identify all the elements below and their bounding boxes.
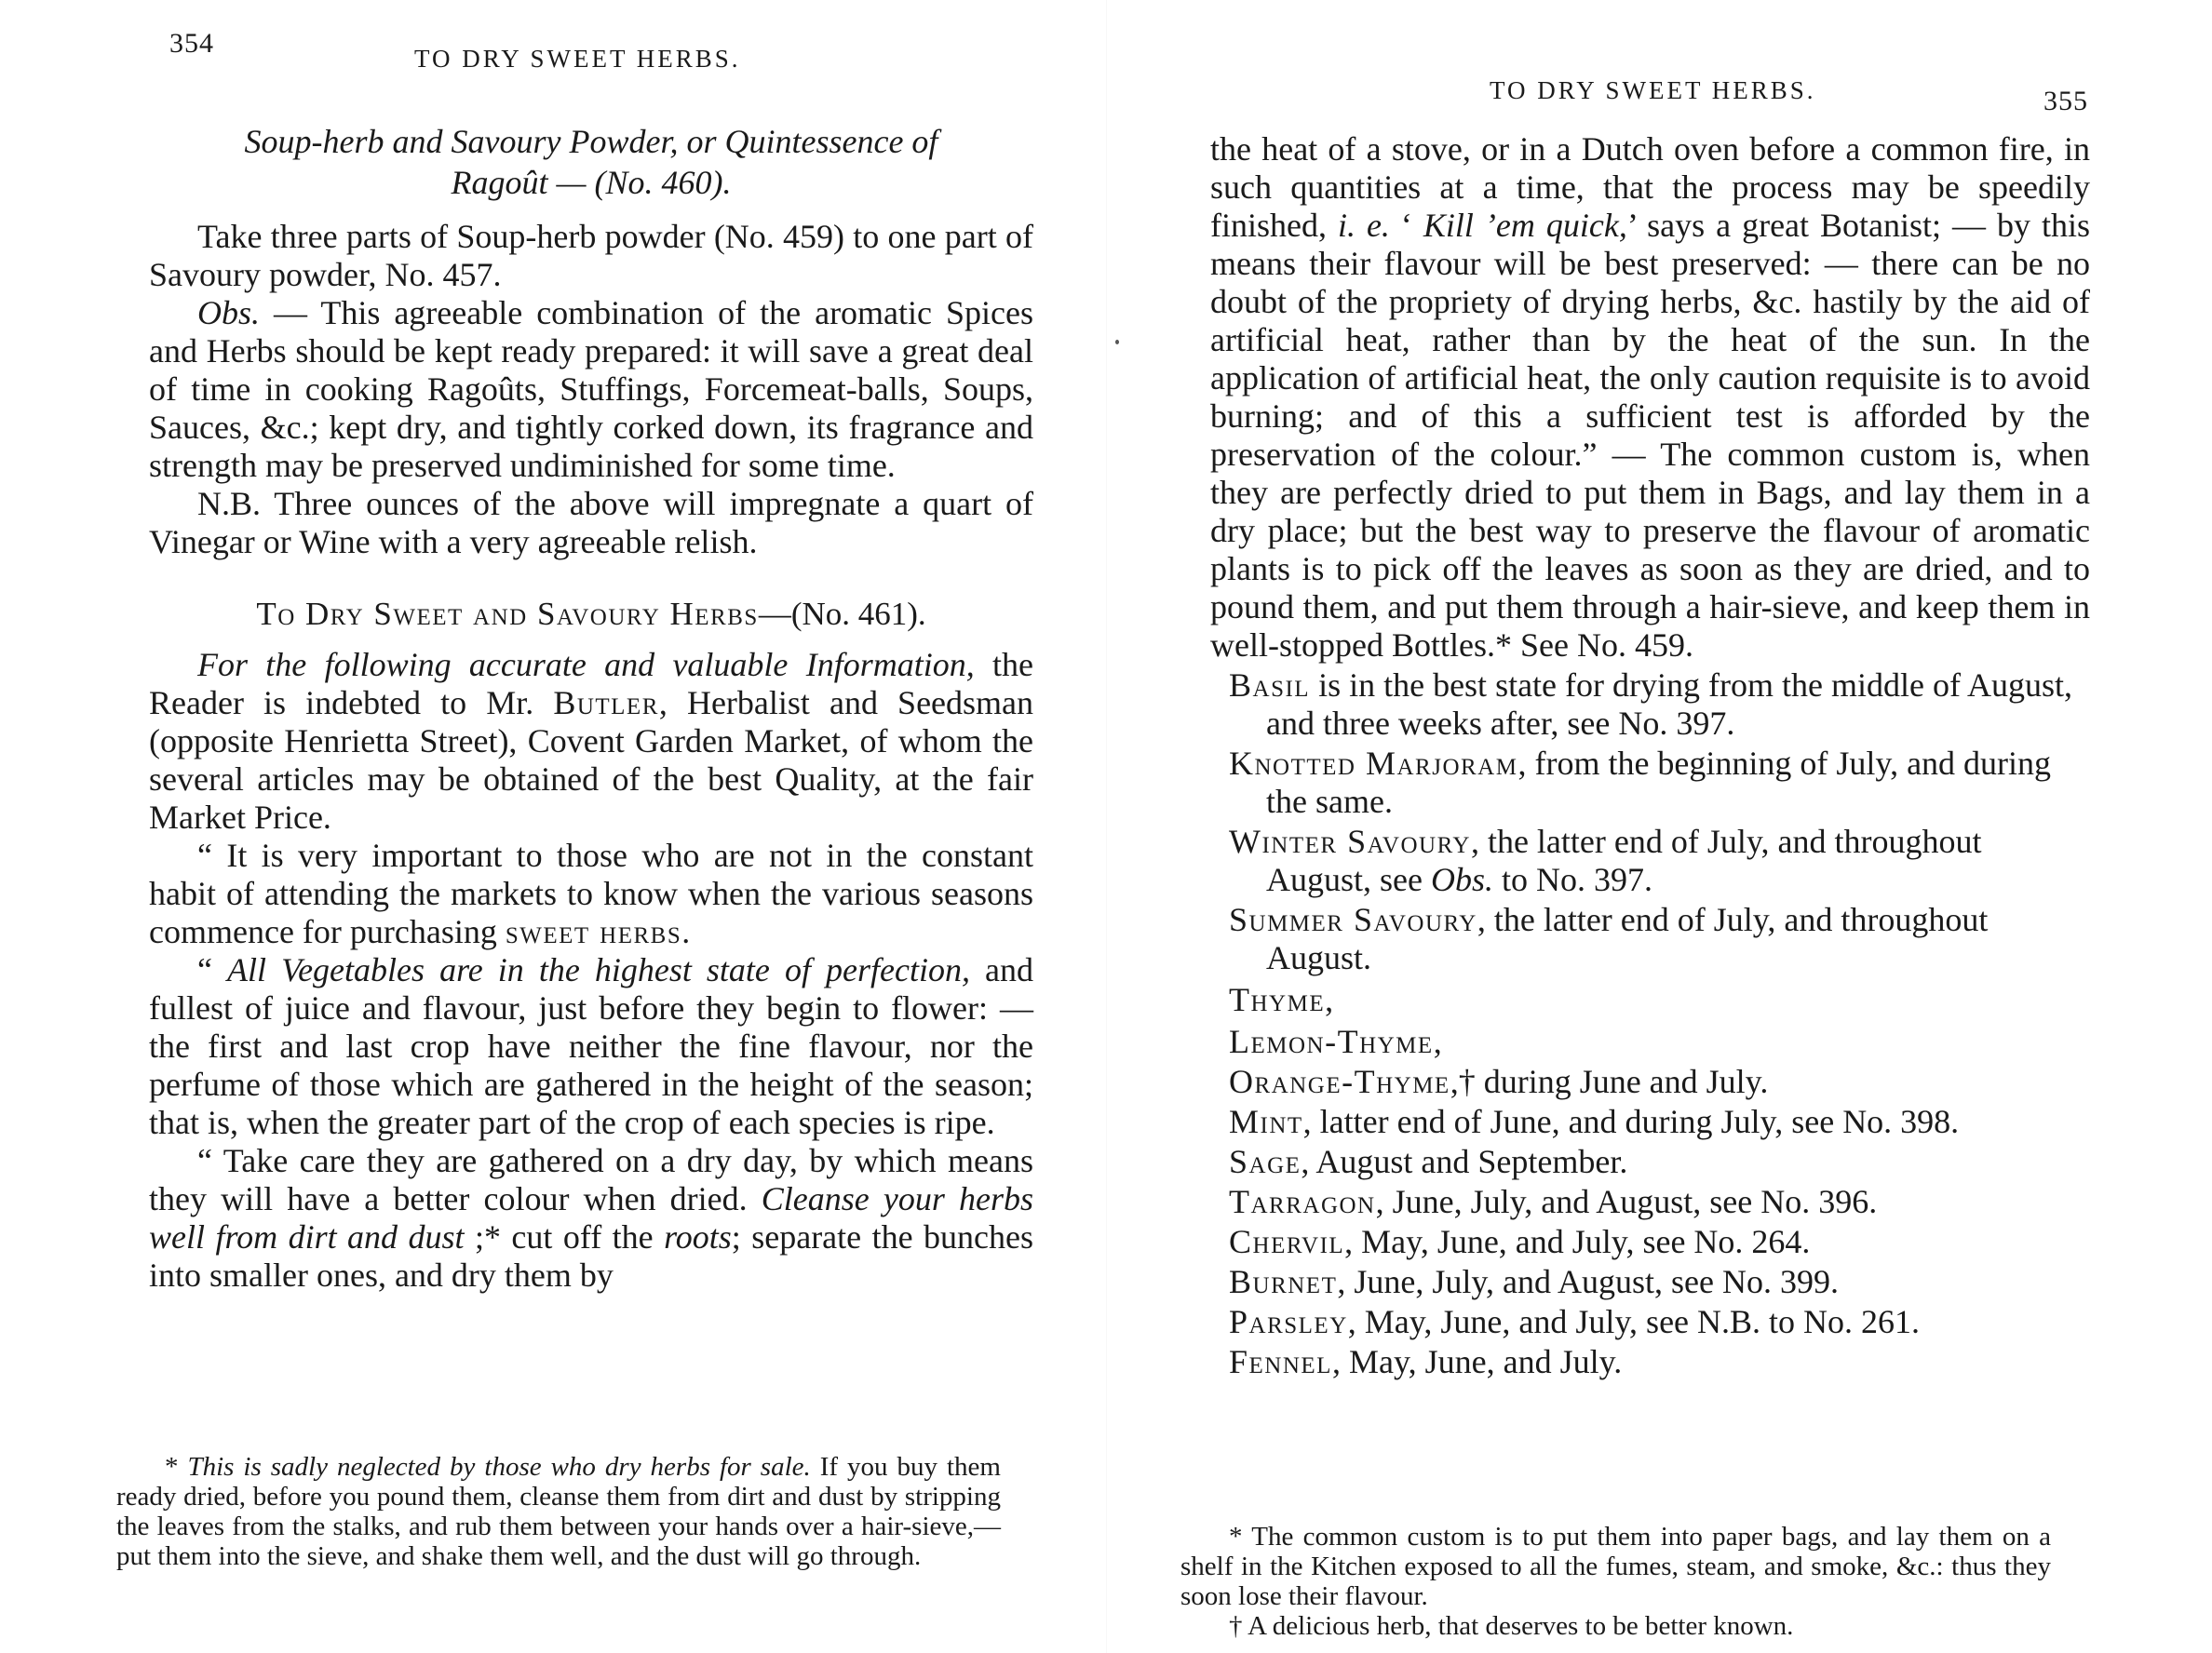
section-title-460: Soup-herb and Savoury Powder, or Quintes… — [177, 121, 1005, 203]
running-head: TO DRY SWEET HERBS. — [1490, 76, 1816, 105]
page-number: 354 — [169, 28, 214, 60]
herb-entry-burnet: Burnet, June, July, and August, see No. … — [1210, 1263, 2090, 1301]
herb-entry-parsley: Parsley, May, June, and July, see N.B. t… — [1210, 1303, 2090, 1341]
herb-entry-tarragon: Tarragon, June, July, and August, see No… — [1210, 1183, 2090, 1221]
herb-entry-basil: Basil is in the best state for drying fr… — [1210, 666, 2090, 743]
quote-paragraph: “ All Vegetables are in the highest stat… — [149, 951, 1033, 1142]
footnotes: * The common custom is to put them into … — [1180, 1522, 2051, 1641]
herb-entry-winter-savoury: Winter Savoury, the latter end of July, … — [1210, 823, 2090, 899]
obs-paragraph: Obs. — This agreeable combination of the… — [149, 294, 1033, 485]
herb-entry-fennel: Fennel, May, June, and July. — [1210, 1343, 2090, 1381]
herb-entry-mint: Mint, latter end of June, and during Jul… — [1210, 1103, 2090, 1141]
herb-entry-chervil: Chervil, May, June, and July, see No. 26… — [1210, 1223, 2090, 1261]
left-page: 354 TO DRY SWEET HERBS. Soup-herb and Sa… — [0, 0, 1106, 1653]
paragraph: Take three parts of Soup-herb powder (No… — [149, 218, 1033, 294]
continuation-paragraph: the heat of a stove, or in a Dutch oven … — [1210, 130, 2090, 665]
nb-paragraph: N.B. Three ounces of the above will impr… — [149, 485, 1033, 561]
quote-paragraph: “ It is very important to those who are … — [149, 837, 1033, 951]
herb-entry-orange-thyme: Orange-Thyme,† during June and July. — [1210, 1063, 2090, 1101]
footnote-dagger: † A delicious herb, that deserves to be … — [1180, 1611, 2051, 1641]
running-head: TO DRY SWEET HERBS. — [414, 45, 741, 74]
herb-entry-knotted-marjoram: Knotted Marjoram, from the beginning of … — [1210, 745, 2090, 821]
herb-entry-summer-savoury: Summer Savoury, the latter end of July, … — [1210, 901, 2090, 977]
footnote: * This is sadly neglected by those who d… — [116, 1452, 1001, 1571]
quote-paragraph: “ Take care they are gathered on a dry d… — [149, 1142, 1033, 1295]
page-number: 355 — [2043, 86, 2088, 117]
herb-entry-thyme: Thyme, — [1210, 981, 2090, 1019]
section-heading-461: To Dry Sweet and Savoury Herbs—(No. 461)… — [149, 595, 1033, 633]
herb-entry-sage: Sage, August and September. — [1210, 1143, 2090, 1181]
main-text-column: Soup-herb and Savoury Powder, or Quintes… — [149, 121, 1033, 1295]
right-page: TO DRY SWEET HERBS. 355 the heat of a st… — [1106, 0, 2212, 1653]
main-text-column: the heat of a stove, or in a Dutch oven … — [1210, 130, 2090, 1381]
herb-entry-lemon-thyme: Lemon-Thyme, — [1210, 1023, 2090, 1061]
footnotes: * This is sadly neglected by those who d… — [116, 1452, 1001, 1571]
footnote-asterisk: * The common custom is to put them into … — [1180, 1522, 2051, 1611]
intro-paragraph: For the following accurate and valuable … — [149, 646, 1033, 837]
